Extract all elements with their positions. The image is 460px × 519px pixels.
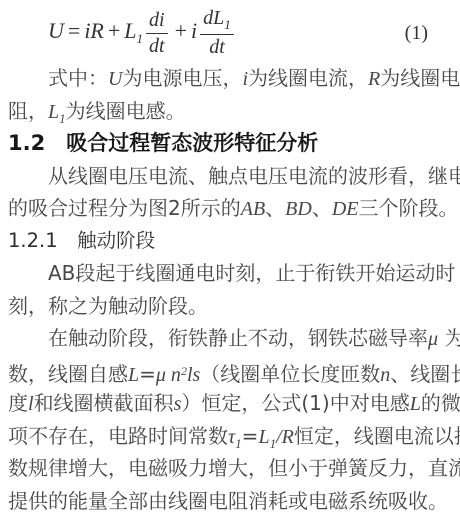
equation-var-L: L — [124, 18, 136, 43]
section-heading: 1.2 吸合过程暂态波形特征分析 — [8, 127, 452, 160]
equation-term-iR: iR — [84, 18, 104, 43]
text-line: 刻，称之为触动阶段。 — [8, 290, 452, 323]
fraction-numerator-text: dL — [203, 7, 224, 29]
text-line: 提供的能量全部由线圈电阻消耗或电磁系统吸收。 — [8, 485, 452, 518]
text-line: 度l和线圈横截面积s）恒定，公式(1)中对电感L的微分 — [8, 387, 452, 420]
fraction-numerator-subscript: 1 — [224, 17, 231, 32]
equation-plus: + — [171, 18, 191, 43]
text-line: 式中：U为电源电压，i为线圈电流，R为线圈电 — [8, 62, 452, 95]
equation-fraction-dL1-dt: dL1dt — [200, 8, 234, 58]
fraction-numerator: di — [146, 10, 168, 34]
text-line: 项不存在，电路时间常数τ1=L1/R恒定，线圈电流以指 — [8, 420, 452, 453]
text-line: 的吸合过程分为图2所示的AB、BD、DE三个阶段。 — [8, 192, 452, 225]
equation-number: (1) — [405, 22, 428, 45]
text-line: 数规律增大，电磁吸力增大，但小于弹簧反力，直流源 — [8, 452, 452, 485]
text-line: 数，线圈自感L=μ n2ls（线圈单位长度匝数n、线圈长 — [8, 355, 452, 388]
fraction-denominator: dt — [146, 34, 168, 57]
equation-formula: U=iR+L1didt+idL1dt — [48, 8, 237, 58]
text-line: 阻，L1为线圈电感。 — [8, 95, 452, 128]
subsection-heading: 1.2.1 触动阶段 — [8, 225, 452, 258]
text-line: AB段起于线圈通电时刻，止于衔铁开始运动时 — [8, 257, 452, 290]
equation-fraction-di-dt: didt — [146, 10, 168, 57]
equation-var-U: U — [48, 18, 64, 43]
equation-plus: + — [104, 18, 124, 43]
equation-equals: = — [64, 18, 84, 43]
text-line: 从线圈电压电流、触点电压电流的波形看，继电器 — [8, 160, 452, 193]
equation-row: U=iR+L1didt+idL1dt (1) — [8, 0, 452, 62]
fraction-numerator: dL1 — [200, 8, 234, 35]
fraction-denominator: dt — [200, 35, 234, 58]
text-line: 在触动阶段，衔铁静止不动，钢铁芯磁导率μ 为常 — [8, 322, 452, 355]
paper-page: U=iR+L1didt+idL1dt (1) 式中：U为电源电压，i为线圈电流，… — [0, 0, 460, 519]
equation-var-L-subscript: 1 — [137, 31, 144, 46]
equation-var-i: i — [191, 18, 197, 43]
